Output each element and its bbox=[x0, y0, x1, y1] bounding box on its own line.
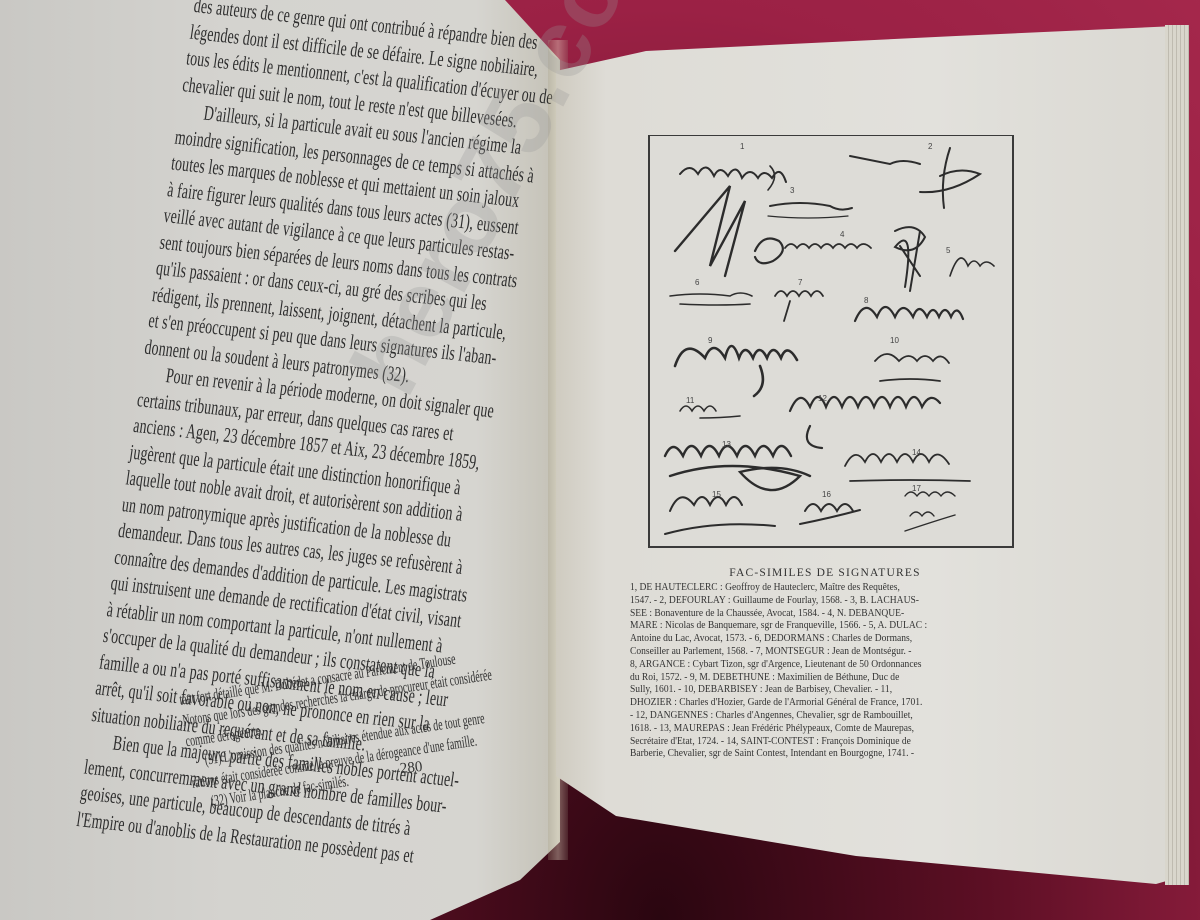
caption-body: 1, DE HAUTECLERC : Geoffroy de Hautecler… bbox=[630, 582, 1020, 761]
page-edges bbox=[1165, 25, 1189, 885]
caption-line: 1, DE HAUTECLERC : Geoffroy de Hautecler… bbox=[630, 582, 981, 595]
caption-line: 1547. - 2, DEFOURLAY : Guillaume de Four… bbox=[630, 595, 981, 608]
signature-number: 11 bbox=[686, 396, 694, 405]
signature-number: 7 bbox=[798, 278, 802, 287]
signature-number: 17 bbox=[912, 484, 921, 493]
signature-number: 10 bbox=[890, 336, 899, 345]
caption-line: MARE : Nicolas de Banquemare, sgr de Fra… bbox=[630, 620, 981, 633]
signature-number: 5 bbox=[946, 246, 950, 255]
caption-line: Antoine du Lac, Avocat, 1573. - 6, DEDOR… bbox=[630, 633, 981, 646]
signature-number: 12 bbox=[818, 394, 827, 403]
plate-caption: FAC-SIMILES DE SIGNATURES 1, DE HAUTECLE… bbox=[630, 567, 1020, 761]
signature-number: 6 bbox=[695, 278, 699, 287]
caption-line: SEE : Bonaventure de la Chaussée, Avocat… bbox=[630, 608, 981, 621]
caption-line: Secrétaire d'Etat, 1724. - 14, SAINT-CON… bbox=[630, 736, 981, 749]
signature-plate: 1 2 3 4 5 6 7 8 9 10 11 12 13 14 15 16 1… bbox=[648, 135, 1014, 548]
signature-number: 4 bbox=[840, 230, 844, 239]
caption-line: Barberie, Chevalier, sgr de Saint Contes… bbox=[630, 748, 981, 761]
caption-line: Conseiller au Parlement, 1568. - 7, MONT… bbox=[630, 646, 981, 659]
signature-number: 3 bbox=[790, 186, 794, 195]
signature-number: 15 bbox=[712, 490, 721, 499]
signature-number: 1 bbox=[740, 142, 744, 151]
signature-number: 13 bbox=[722, 440, 731, 449]
signature-number: 9 bbox=[708, 336, 712, 345]
signature-number: 16 bbox=[822, 490, 831, 499]
signature-number: 14 bbox=[912, 448, 921, 457]
caption-line: 8, ARGANCE : Cybart Tizon, sgr d'Argence… bbox=[630, 659, 981, 672]
caption-title: FAC-SIMILES DE SIGNATURES bbox=[630, 567, 1020, 579]
caption-line: - 12, DANGENNES : Charles d'Angennes, Ch… bbox=[630, 710, 981, 723]
caption-line: Sully, 1601. - 10, DEBARBISEY : Jean de … bbox=[630, 684, 981, 697]
signatures-illustration bbox=[650, 136, 1012, 546]
signature-number: 2 bbox=[928, 142, 932, 151]
caption-line: 1618. - 13, MAUREPAS : Jean Frédéric Phé… bbox=[630, 723, 981, 736]
caption-line: DHOZIER : Charles d'Hozier, Garde de l'A… bbox=[630, 697, 981, 710]
caption-line: du Roi, 1572. - 9, M. DEBETHUNE : Maximi… bbox=[630, 672, 981, 685]
signature-number: 8 bbox=[864, 296, 868, 305]
page-number: 280 bbox=[399, 759, 423, 778]
